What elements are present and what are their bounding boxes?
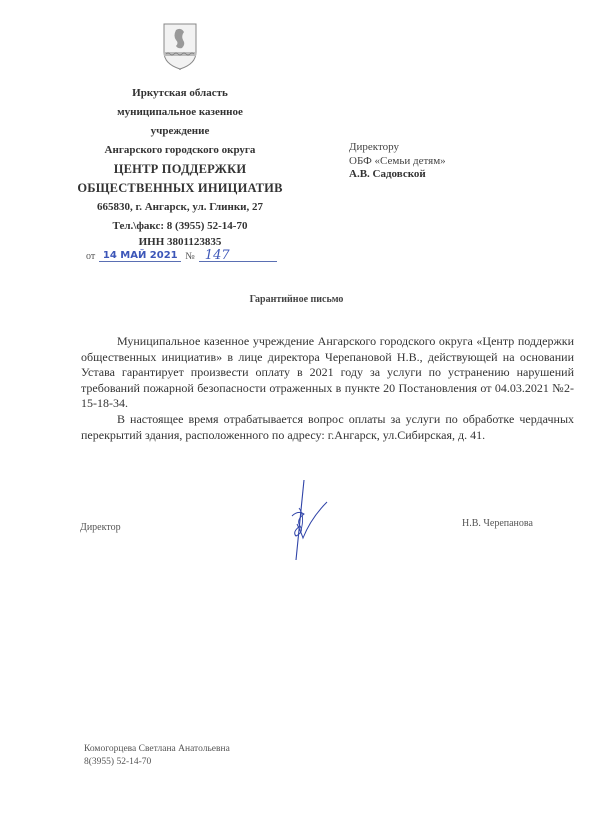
- letterhead-org-type-2: учреждение: [70, 122, 290, 141]
- registration-line: от 14 МАЙ 2021 № 147: [86, 250, 281, 262]
- handwritten-signature-icon: [282, 478, 332, 563]
- executor-footer: Комогорцева Светлана Анатольевна 8(3955)…: [84, 743, 230, 769]
- coat-of-arms-icon: [162, 22, 198, 70]
- number-prefix: №: [185, 251, 195, 262]
- body-paragraph: Муниципальное казенное учреждение Ангарс…: [81, 334, 574, 412]
- body-paragraph: В настоящее время отрабатывается вопрос …: [81, 412, 574, 443]
- letterhead-org-name-2: ОБЩЕСТВЕННЫХ ИНИЦИАТИВ: [70, 179, 290, 198]
- recipient-organization: ОБФ «Семьи детям»: [349, 155, 446, 169]
- document-title: Гарантийное письмо: [0, 294, 593, 305]
- letterhead-org-type: муниципальное казенное: [70, 103, 290, 122]
- letterhead-address: 665830, г. Ангарск, ул. Глинки, 27: [70, 198, 290, 217]
- signatory-position: Директор: [80, 522, 121, 533]
- recipient-block: Директору ОБФ «Семьи детям» А.В. Садовск…: [349, 141, 446, 182]
- date-prefix: от: [86, 251, 95, 262]
- letterhead-inn: ИНН 3801123835: [70, 236, 290, 248]
- letterhead: Иркутская область муниципальное казенное…: [70, 84, 290, 248]
- letterhead-region: Иркутская область: [70, 84, 290, 103]
- letterhead-district: Ангарского городского округа: [70, 141, 290, 160]
- recipient-position: Директору: [349, 141, 446, 155]
- registration-date-stamp: 14 МАЙ 2021: [99, 250, 181, 262]
- recipient-name: А.В. Садовской: [349, 168, 446, 182]
- letterhead-org-name-1: ЦЕНТР ПОДДЕРЖКИ: [70, 160, 290, 179]
- registration-number: 147: [199, 250, 277, 262]
- letterhead-phone: Тел.\факс: 8 (3955) 52-14-70: [70, 217, 290, 236]
- letter-body: Муниципальное казенное учреждение Ангарс…: [81, 334, 574, 443]
- executor-phone: 8(3955) 52-14-70: [84, 756, 230, 769]
- signatory-name: Н.В. Черепанова: [462, 518, 533, 529]
- executor-name: Комогорцева Светлана Анатольевна: [84, 743, 230, 756]
